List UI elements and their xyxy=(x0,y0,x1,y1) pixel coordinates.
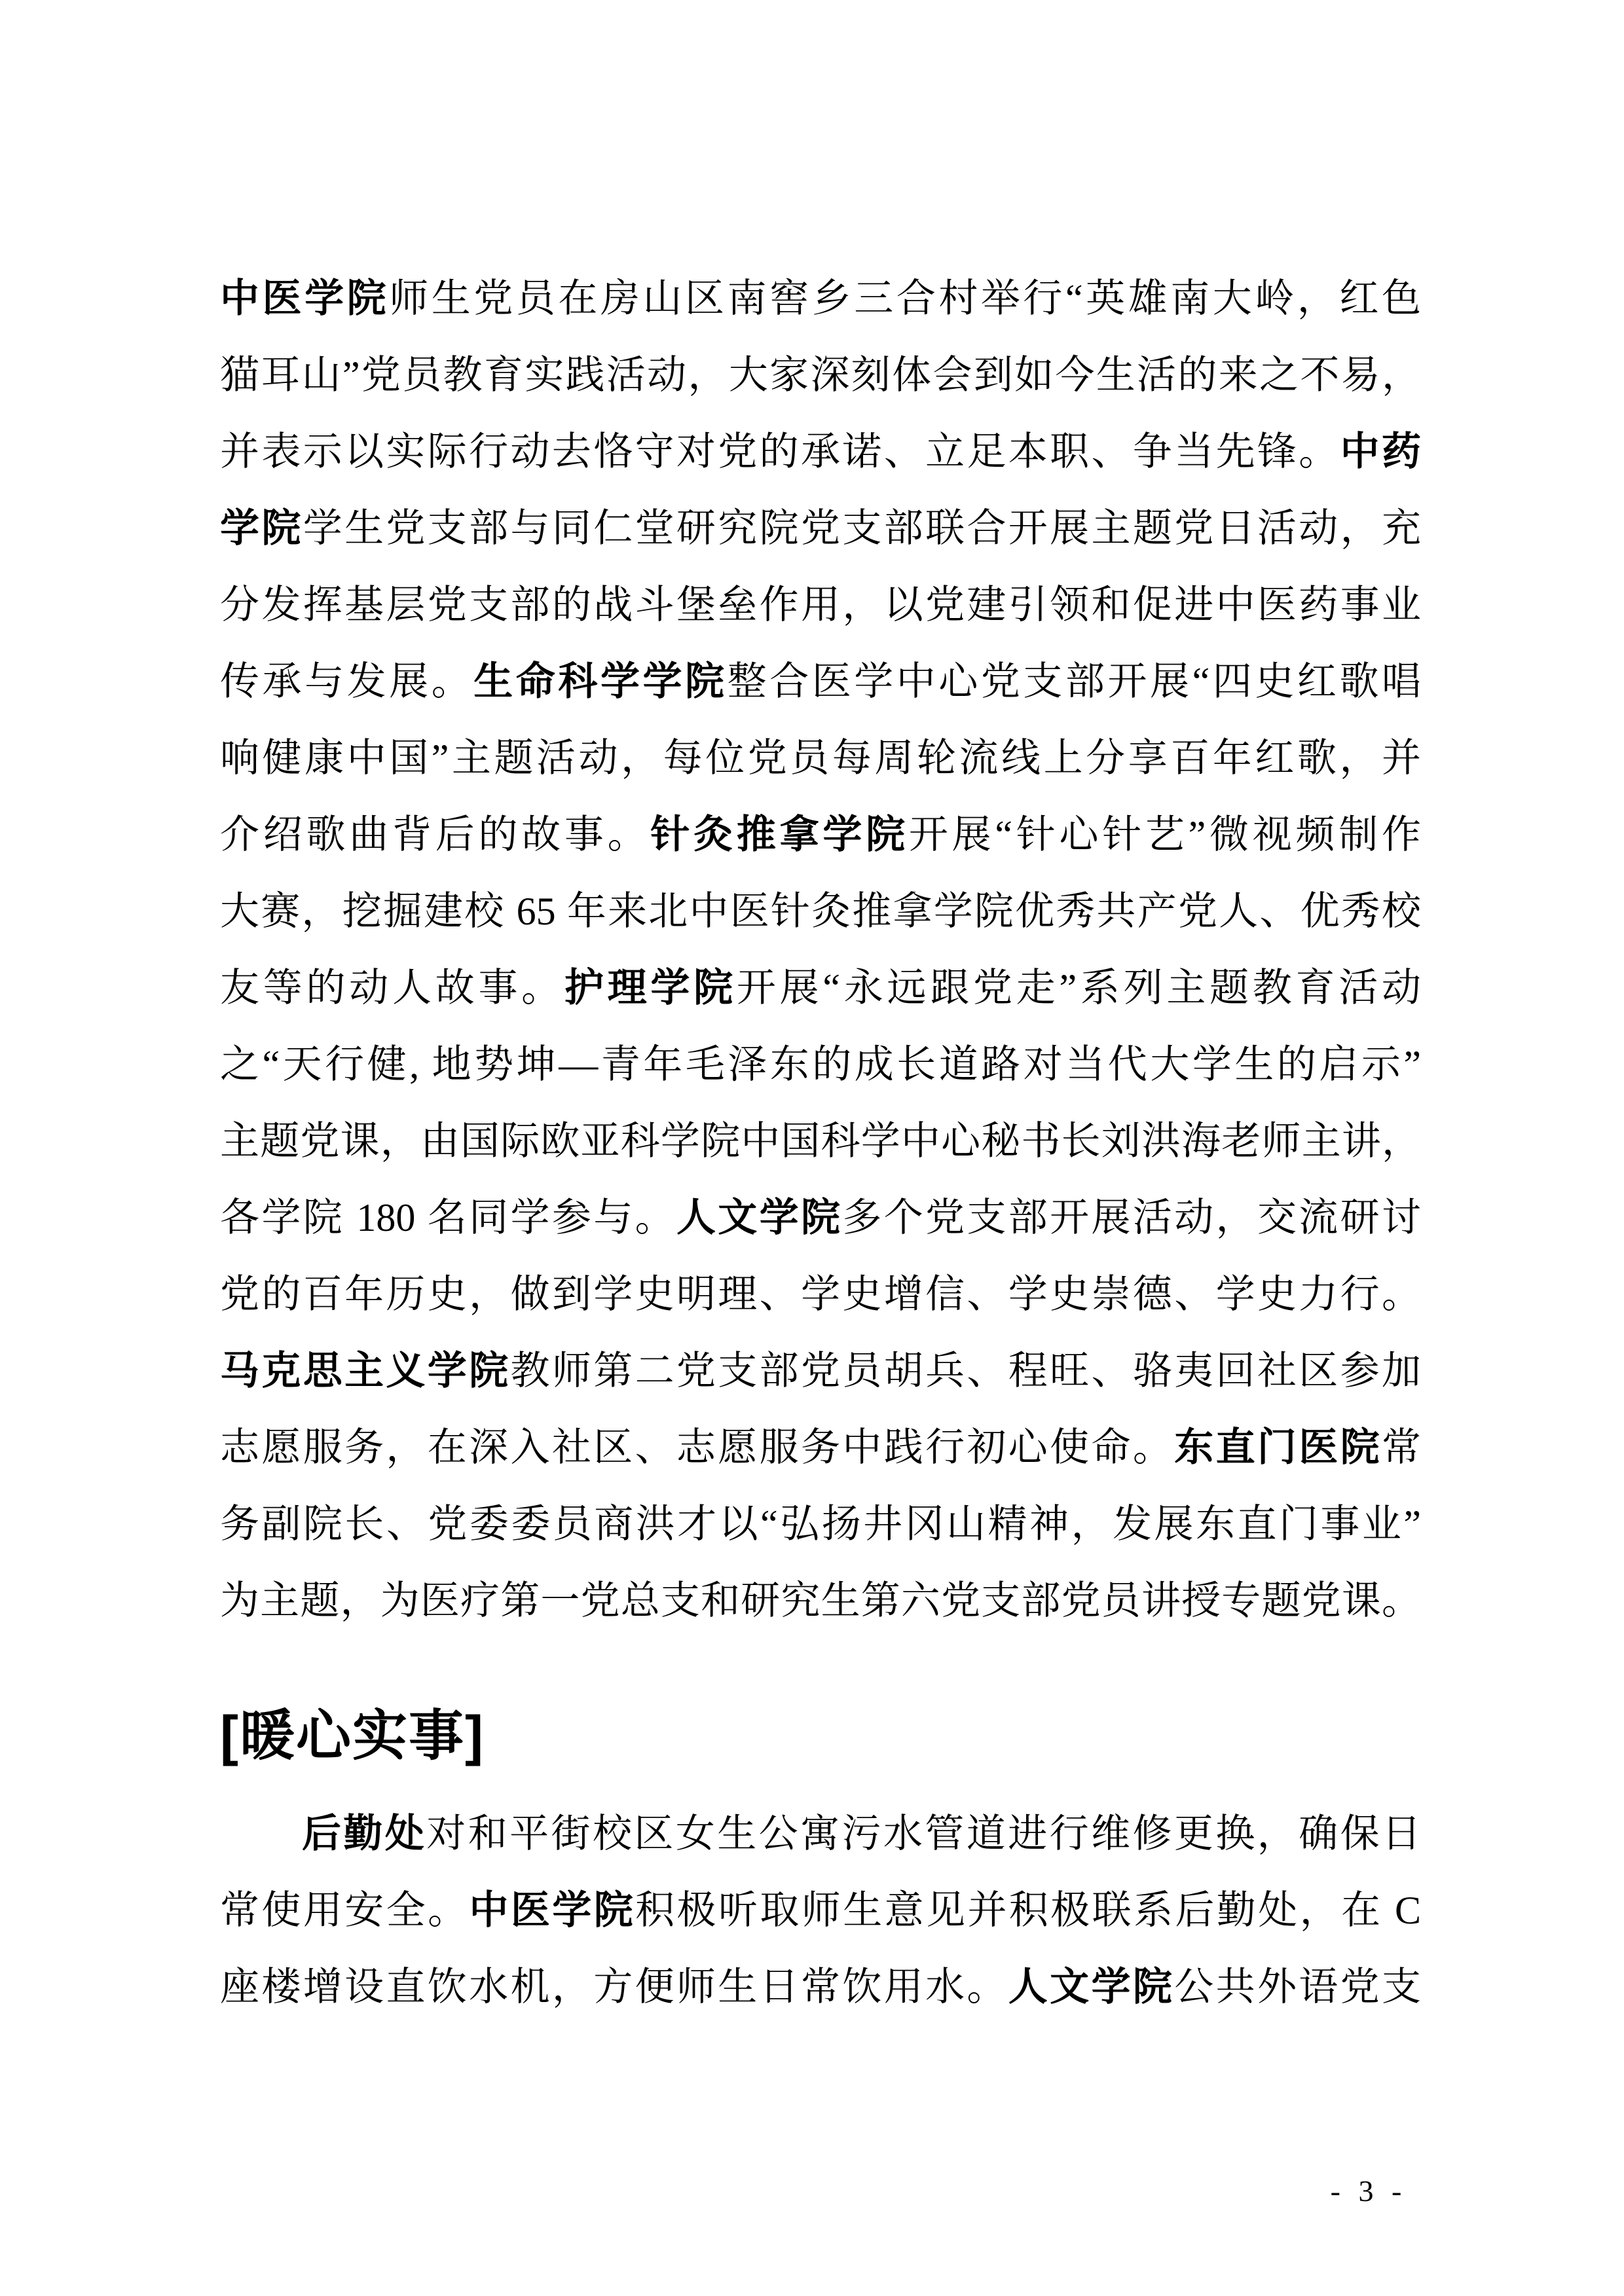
body-text: 多个党支部开展活动，交流研讨 xyxy=(842,1196,1421,1239)
text-line: 传承与发展。生命科学学院整合医学中心党支部开展“四史红歌唱 xyxy=(220,644,1421,720)
body-text: 整合医学中心党支部开展“四史红歌唱 xyxy=(728,660,1421,703)
text-line: 猫耳山”党员教育实践活动，大家深刻体会到如今生活的来之不易， xyxy=(220,337,1421,414)
text-line: 党的百年历史，做到学史明理、学史增信、学史崇德、学史力行。 xyxy=(220,1256,1421,1333)
body-text: 并表示以实际行动去恪守对党的承诺、立足本职、争当先锋。 xyxy=(220,430,1340,473)
page-number: - 3 - xyxy=(1310,2175,1428,2208)
org-name-emphasis: 学院 xyxy=(220,507,303,550)
body-text: 开展“永远跟党走”系列主题教育活动 xyxy=(737,966,1421,1010)
body-text: 响健康中国”主题活动，每位党员每周轮流线上分享百年红歌，并 xyxy=(220,737,1421,780)
text-line: 中医学院师生党员在房山区南窖乡三合村举行“英雄南大岭，红色 xyxy=(220,261,1421,337)
text-line: 常使用安全。中医学院积极听取师生意见并积极联系后勤处，在 C xyxy=(220,1872,1421,1949)
body-text: 教师第二党支部党员胡兵、程旺、骆夷回社区参加 xyxy=(511,1349,1422,1393)
text-line: 为主题，为医疗第一党总支和研究生第六党支部党员讲授专题党课。 xyxy=(220,1563,1421,1639)
body-text: 分发挥基层党支部的战斗堡垒作用，以党建引领和促进中医药事业 xyxy=(220,583,1421,627)
document-page: 中医学院师生党员在房山区南窖乡三合村举行“英雄南大岭，红色猫耳山”党员教育实践活… xyxy=(0,0,1624,2296)
body-text: 各学院 180 名同学参与。 xyxy=(220,1196,676,1239)
text-line: 主题党课，由国际欧亚科学院中国科学中心秘书长刘洪海老师主讲， xyxy=(220,1103,1421,1180)
text-line: 响健康中国”主题活动，每位党员每周轮流线上分享百年红歌，并 xyxy=(220,720,1421,797)
body-text: 常使用安全。 xyxy=(220,1889,469,1932)
text-line: 之“天行健, 地势坤—青年毛泽东的成长道路对当代大学生的启示” xyxy=(220,1027,1421,1103)
text-line: 马克思主义学院教师第二党支部党员胡兵、程旺、骆夷回社区参加 xyxy=(220,1333,1421,1410)
org-name-emphasis: 后勤处 xyxy=(302,1812,426,1855)
org-name-emphasis: 中药 xyxy=(1340,430,1421,473)
text-line: 后勤处对和平街校区女生公寓污水管道进行维修更换，确保日 xyxy=(220,1796,1421,1872)
body-text: 师生党员在房山区南窖乡三合村举行“英雄南大岭，红色 xyxy=(389,277,1421,320)
org-name-emphasis: 针灸推拿学院 xyxy=(650,813,908,856)
body-text: 猫耳山”党员教育实践活动，大家深刻体会到如今生活的来之不易， xyxy=(220,354,1421,397)
body-text: 友等的动人故事。 xyxy=(220,966,564,1010)
paragraph-party-activities: 中医学院师生党员在房山区南窖乡三合村举行“英雄南大岭，红色猫耳山”党员教育实践活… xyxy=(220,261,1421,1639)
body-text: 大赛，挖掘建校 65 年来北中医针灸推拿学院优秀共产党人、优秀校 xyxy=(220,890,1421,933)
text-line: 务副院长、党委委员商洪才以“弘扬井冈山精神，发展东直门事业” xyxy=(220,1486,1421,1563)
body-text: 开展“针心针艺”微视频制作 xyxy=(909,813,1421,856)
body-text: 主题党课，由国际欧亚科学院中国科学中心秘书长刘洪海老师主讲， xyxy=(220,1120,1421,1163)
section-heading: [暖心实事] xyxy=(220,1698,485,1774)
body-text: 座楼增设直饮水机，方便师生日常饮用水。 xyxy=(220,1965,1008,2009)
text-line: 学院学生党支部与同仁堂研究院党支部联合开展主题党日活动，充 xyxy=(220,490,1421,567)
org-name-emphasis: 人文学院 xyxy=(676,1196,842,1239)
text-line: 座楼增设直饮水机，方便师生日常饮用水。人文学院公共外语党支 xyxy=(220,1949,1421,2026)
body-text: 志愿服务，在深入社区、志愿服务中践行初心使命。 xyxy=(220,1426,1174,1469)
org-name-emphasis: 人文学院 xyxy=(1008,1965,1174,2009)
text-line: 大赛，挖掘建校 65 年来北中医针灸推拿学院优秀共产党人、优秀校 xyxy=(220,873,1421,950)
org-name-emphasis: 中医学院 xyxy=(469,1889,635,1932)
body-text: 传承与发展。 xyxy=(220,660,473,703)
body-text: 务副院长、党委委员商洪才以“弘扬井冈山精神，发展东直门事业” xyxy=(220,1503,1421,1546)
text-line: 各学院 180 名同学参与。人文学院多个党支部开展活动，交流研讨 xyxy=(220,1180,1421,1256)
body-text: 介绍歌曲背后的故事。 xyxy=(220,813,650,856)
body-text: 常 xyxy=(1382,1426,1421,1469)
text-line: 分发挥基层党支部的战斗堡垒作用，以党建引领和促进中医药事业 xyxy=(220,567,1421,644)
body-text: 之“天行健, 地势坤—青年毛泽东的成长道路对当代大学生的启示” xyxy=(220,1043,1421,1086)
text-line: 友等的动人故事。护理学院开展“永远跟党走”系列主题教育活动 xyxy=(220,950,1421,1027)
body-text: 为主题，为医疗第一党总支和研究生第六党支部党员讲授专题党课。 xyxy=(220,1579,1421,1622)
body-text: 对和平街校区女生公寓污水管道进行维修更换，确保日 xyxy=(426,1812,1421,1855)
text-line: 介绍歌曲背后的故事。针灸推拿学院开展“针心针艺”微视频制作 xyxy=(220,797,1421,873)
org-name-emphasis: 生命科学学院 xyxy=(473,660,727,703)
body-text: 公共外语党支 xyxy=(1174,1965,1421,2009)
body-text: 党的百年历史，做到学史明理、学史增信、学史崇德、学史力行。 xyxy=(220,1273,1421,1316)
org-name-emphasis: 马克思主义学院 xyxy=(220,1349,511,1393)
org-name-emphasis: 中医学院 xyxy=(220,277,389,320)
body-text: 积极听取师生意见并积极联系后勤处，在 C xyxy=(635,1889,1421,1932)
text-line: 并表示以实际行动去恪守对党的承诺、立足本职、争当先锋。中药 xyxy=(220,414,1421,490)
paragraph-warm-deeds: 后勤处对和平街校区女生公寓污水管道进行维修更换，确保日常使用安全。中医学院积极听… xyxy=(220,1796,1421,2026)
org-name-emphasis: 护理学院 xyxy=(564,966,737,1010)
text-line: 志愿服务，在深入社区、志愿服务中践行初心使命。东直门医院常 xyxy=(220,1410,1421,1486)
body-text: 学生党支部与同仁堂研究院党支部联合开展主题党日活动，充 xyxy=(303,507,1421,550)
org-name-emphasis: 东直门医院 xyxy=(1174,1426,1382,1469)
